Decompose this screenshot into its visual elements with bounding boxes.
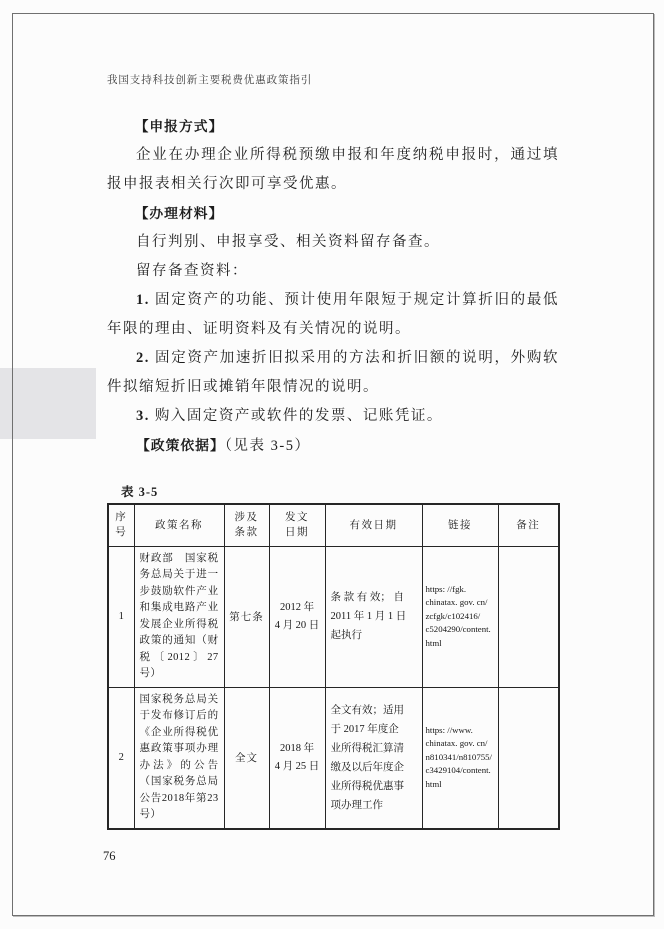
col-header-policy-name: 政策名称: [134, 504, 224, 546]
table-row: 2 国家税务总局关于发布修订后的《企业所得税优惠政策事项办理办法》的公告（国家税…: [108, 687, 559, 829]
cell-note: [498, 687, 559, 829]
section-heading-materials: 【办理材料】: [107, 199, 559, 228]
cell-note: [498, 546, 559, 687]
col-header-valid-date: 有效日期: [325, 504, 422, 546]
cell-clause: 第七条: [224, 546, 269, 687]
policy-table-reference: （见表 3-5）: [225, 438, 311, 454]
scan-artifact-strip: [0, 368, 96, 439]
policy-table: 序 号 政策名称 涉及 条款 发文 日期 有效日期 链接 备注 1 财政部 国家…: [107, 503, 560, 830]
table-row: 1 财政部 国家税务总局关于进一步鼓励软件产业和集成电路产业发展企业所得税政策的…: [108, 546, 559, 687]
cell-valid-date: 全文有效；适用 于 2017 年度企 业所得税汇算清 缴及以后年度企 业所得税优…: [325, 687, 422, 829]
list-item-3-text: 购入固定资产或软件的发票、记账凭证。: [155, 408, 443, 424]
policy-heading-label: 【政策依据】: [136, 438, 225, 453]
paragraph-materials: 自行判别、申报享受、相关资料留存备查。: [107, 228, 559, 257]
col-header-seq: 序 号: [108, 504, 134, 546]
paragraph-retain-title: 留存备查资料：: [107, 257, 559, 286]
section-heading-policy: 【政策依据】（见表 3-5）: [107, 431, 559, 461]
cell-issue-date: 2012 年 4 月 20 日: [269, 546, 325, 687]
list-item-1-text: 固定资产的功能、预计使用年限短于规定计算折旧的最低年限的理由、证明资料及有关情况…: [107, 292, 559, 337]
list-item-3-number: 3.: [136, 408, 150, 424]
cell-issue-date: 2018 年 4 月 25 日: [269, 687, 325, 829]
cell-policy-name: 国家税务总局关于发布修订后的《企业所得税优惠政策事项办理办法》的公告（国家税务总…: [134, 687, 224, 829]
cell-clause: 全文: [224, 687, 269, 829]
cell-link: https: //www. chinatax. gov. cn/ n810341…: [422, 687, 498, 829]
col-header-note: 备注: [498, 504, 559, 546]
running-head: 我国支持科技创新主要税费优惠政策指引: [107, 72, 312, 87]
list-item-3: 3.购入固定资产或软件的发票、记账凭证。: [107, 402, 559, 431]
list-item-2: 2.固定资产加速折旧拟采用的方法和折旧额的说明，外购软件拟缩短折旧或摊销年限情况…: [107, 344, 559, 402]
col-header-clause: 涉及 条款: [224, 504, 269, 546]
section-heading-declare: 【申报方式】: [107, 112, 559, 141]
table-header-row: 序 号 政策名称 涉及 条款 发文 日期 有效日期 链接 备注: [108, 504, 559, 546]
page-number: 76: [103, 849, 116, 864]
cell-policy-name: 财政部 国家税务总局关于进一步鼓励软件产业和集成电路产业发展企业所得税政策的通知…: [134, 546, 224, 687]
cell-valid-date: 条 款 有 效； 自 2011 年 1 月 1 日 起执行: [325, 546, 422, 687]
table-caption: 表 3-5: [121, 482, 158, 500]
list-item-1-number: 1.: [136, 292, 150, 308]
col-header-issue-date: 发文 日期: [269, 504, 325, 546]
list-item-1: 1.固定资产的功能、预计使用年限短于规定计算折旧的最低年限的理由、证明资料及有关…: [107, 286, 559, 344]
list-item-2-number: 2.: [136, 350, 150, 366]
cell-seq: 2: [108, 687, 134, 829]
body-text: 【申报方式】 企业在办理企业所得税预缴申报和年度纳税申报时，通过填报申报表相关行…: [107, 112, 559, 461]
col-header-link: 链接: [422, 504, 498, 546]
list-item-2-text: 固定资产加速折旧拟采用的方法和折旧额的说明，外购软件拟缩短折旧或摊销年限情况的说…: [107, 350, 559, 395]
cell-seq: 1: [108, 546, 134, 687]
paragraph-declare-body: 企业在办理企业所得税预缴申报和年度纳税申报时，通过填报申报表相关行次即可享受优惠…: [107, 141, 559, 199]
cell-link: https: //fgk. chinatax. gov. cn/ zcfgk/c…: [422, 546, 498, 687]
